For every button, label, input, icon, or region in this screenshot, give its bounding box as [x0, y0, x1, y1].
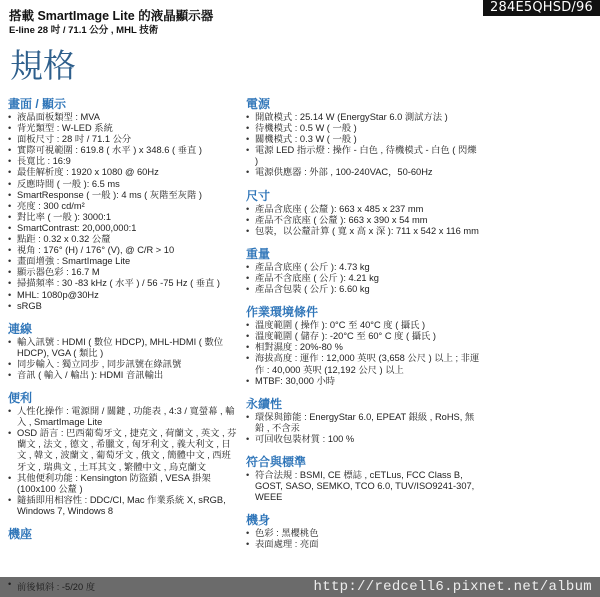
- section-stand: 機座: [8, 527, 240, 541]
- spec-item: 人性化操作 : 電源開 / 關鍵 , 功能表 , 4:3 / 寬螢幕 , 輸入 …: [8, 406, 240, 428]
- spec-item: 溫度範圍 ( 操作 ): 0°C 至 40°C 度 ( 攝氏 ): [246, 320, 482, 331]
- spec-item: 背光類型 : W-LED 系統: [8, 123, 240, 134]
- spec-item: 其他便利功能 : Kensington 防盜鎖 , VESA 掛架 (100x1…: [8, 473, 240, 495]
- spec-item: 環保與節能 : EnergyStar 6.0, EPEAT 銀級 , RoHS,…: [246, 412, 482, 434]
- section-title: 尺寸: [246, 189, 482, 203]
- spec-item: 符合法規 : BSMI, CE 標誌 , cETLus, FCC Class B…: [246, 470, 482, 503]
- spec-item: 反應時間 ( 一般 ): 6.5 ms: [8, 179, 240, 190]
- spec-item: 溫度範圍 ( 儲存 ): -20°C 至 60° C 度 ( 攝氏 ): [246, 331, 482, 342]
- spec-list: 環保與節能 : EnergyStar 6.0, EPEAT 銀級 , RoHS,…: [246, 412, 482, 445]
- spec-item: 亮度 : 300 cd/m²: [8, 201, 240, 212]
- section-compliance: 符合與標準 符合法規 : BSMI, CE 標誌 , cETLus, FCC C…: [246, 455, 482, 503]
- watermark-url: http://redcell6.pixnet.net/album: [314, 579, 592, 595]
- spec-item: 液晶面板類型 : MVA: [8, 112, 240, 123]
- spec-item: 長寬比 : 16:9: [8, 156, 240, 167]
- spec-item: 實際可視範圍 : 619.8 ( 水平 ) x 348.6 ( 垂直 ): [8, 145, 240, 156]
- section-dimensions: 尺寸 產品含底座 ( 公釐 ): 663 x 485 x 237 mm 產品不含…: [246, 189, 482, 237]
- spec-item: 同步輸入 : 獨立同步 , 同步訊號在綠訊號: [8, 359, 240, 370]
- spec-list: 液晶面板類型 : MVA 背光類型 : W-LED 系統 面板尺寸 : 28 吋…: [8, 112, 240, 312]
- spec-item: 面板尺寸 : 28 吋 / 71.1 公分: [8, 134, 240, 145]
- spec-item: sRGB: [8, 301, 240, 312]
- spec-list: 產品含底座 ( 公釐 ): 663 x 485 x 237 mm 產品不含底座 …: [246, 204, 482, 237]
- spec-list: 符合法規 : BSMI, CE 標誌 , cETLus, FCC Class B…: [246, 470, 482, 503]
- spec-item: 隨插即用相容性 : DDC/CI, Mac 作業系統 X, sRGB, Wind…: [8, 495, 240, 517]
- section-convenience: 便利 人性化操作 : 電源開 / 關鍵 , 功能表 , 4:3 / 寬螢幕 , …: [8, 391, 240, 517]
- spec-item: 關機模式 : 0.3 W ( 一般 ): [246, 134, 482, 145]
- spec-item: 產品不含底座 ( 公斤 ): 4.21 kg: [246, 273, 482, 284]
- spec-item: 待機模式 : 0.5 W ( 一般 ): [246, 123, 482, 134]
- spec-item: SmartResponse ( 一般 ): 4 ms ( 灰階至灰階 ): [8, 190, 240, 201]
- section-power: 電源 開啟模式 : 25.14 W (EnergyStar 6.0 測試方法 )…: [246, 97, 482, 179]
- spec-item: 色彩 : 黑櫻桃色: [246, 528, 482, 539]
- spec-item: SmartContrast: 20,000,000:1: [8, 223, 240, 234]
- spec-item: 產品含底座 ( 公釐 ): 663 x 485 x 237 mm: [246, 204, 482, 215]
- right-column: 電源 開啟模式 : 25.14 W (EnergyStar 6.0 測試方法 )…: [246, 97, 482, 560]
- spec-item: 相對濕度 : 20%-80 %: [246, 342, 482, 353]
- spec-list: 色彩 : 黑櫻桃色 表面處理 : 亮面: [246, 528, 482, 550]
- spec-list: 產品含底座 ( 公斤 ): 4.73 kg 產品不含底座 ( 公斤 ): 4.2…: [246, 262, 482, 295]
- section-display: 畫面 / 顯示 液晶面板類型 : MVA 背光類型 : W-LED 系統 面板尺…: [8, 97, 240, 312]
- spec-item: 海拔高度 : 運作 : 12,000 英呎 (3,658 公尺 ) 以上 ; 非…: [246, 353, 482, 375]
- section-title: 連線: [8, 322, 240, 336]
- section-title: 符合與標準: [246, 455, 482, 469]
- spec-item: MHL: 1080p@30Hz: [8, 290, 240, 301]
- left-column: 畫面 / 顯示 液晶面板類型 : MVA 背光類型 : W-LED 系統 面板尺…: [8, 97, 240, 551]
- section-cabinet: 機身 色彩 : 黑櫻桃色 表面處理 : 亮面: [246, 513, 482, 550]
- section-title: 畫面 / 顯示: [8, 97, 240, 111]
- section-title: 作業環境條件: [246, 305, 482, 319]
- spec-item: OSD 語言 : 巴西葡萄牙文 , 捷克文 , 荷蘭文 , 英文 , 芬蘭文 ,…: [8, 428, 240, 472]
- spec-item: 產品含包裝 ( 公斤 ): 6.60 kg: [246, 284, 482, 295]
- section-title: 機身: [246, 513, 482, 527]
- section-title: 機座: [8, 527, 240, 541]
- spec-item: 電源供應器 : 外部 , 100-240VAC，50-60Hz: [246, 167, 482, 178]
- spec-item: 包裝，以公釐計算 ( 寬 x 高 x 深 ): 711 x 542 x 116 …: [246, 226, 482, 237]
- spec-item: 對比率 ( 一般 ): 3000:1: [8, 212, 240, 223]
- spec-item: 輸入訊號 : HDMI ( 數位 HDCP), MHL-HDMI ( 數位 HD…: [8, 337, 240, 359]
- spec-item: 點距 : 0.32 x 0.32 公釐: [8, 234, 240, 245]
- spec-list: 人性化操作 : 電源開 / 關鍵 , 功能表 , 4:3 / 寬螢幕 , 輸入 …: [8, 406, 240, 517]
- spec-item: 產品含底座 ( 公斤 ): 4.73 kg: [246, 262, 482, 273]
- section-title: 重量: [246, 247, 482, 261]
- spec-item: MTBF: 30,000 小時: [246, 376, 482, 387]
- spec-item: 開啟模式 : 25.14 W (EnergyStar 6.0 測試方法 ): [246, 112, 482, 123]
- spec-item-tilt: 前後傾斜 : -5/20 度: [8, 579, 95, 593]
- spec-list: 開啟模式 : 25.14 W (EnergyStar 6.0 測試方法 ) 待機…: [246, 112, 482, 179]
- section-sustainability: 永續性 環保與節能 : EnergyStar 6.0, EPEAT 銀級 , R…: [246, 397, 482, 445]
- product-subtitle: E-line 28 吋 / 71.1 公分 , MHL 技術: [9, 22, 158, 36]
- spec-item: 畫面增強 : SmartImage Lite: [8, 256, 240, 267]
- spec-item: 音訊 ( 輸入 / 輸出 ): HDMI 音訊輸出: [8, 370, 240, 381]
- section-operating-conditions: 作業環境條件 溫度範圍 ( 操作 ): 0°C 至 40°C 度 ( 攝氏 ) …: [246, 305, 482, 387]
- spec-item: 顯示器色彩 : 16.7 M: [8, 267, 240, 278]
- section-weight: 重量 產品含底座 ( 公斤 ): 4.73 kg 產品不含底座 ( 公斤 ): …: [246, 247, 482, 295]
- section-title: 永續性: [246, 397, 482, 411]
- spec-item: 最佳解析度 : 1920 x 1080 @ 60Hz: [8, 167, 240, 178]
- section-connectivity: 連線 輸入訊號 : HDMI ( 數位 HDCP), MHL-HDMI ( 數位…: [8, 322, 240, 381]
- page-title: 規格: [10, 40, 76, 87]
- section-title: 電源: [246, 97, 482, 111]
- model-number-badge: 284E5QHSD/96: [483, 0, 600, 16]
- spec-item: 掃描頻率 : 30 -83 kHz ( 水平 ) / 56 -75 Hz ( 垂…: [8, 278, 240, 289]
- spec-list: 溫度範圍 ( 操作 ): 0°C 至 40°C 度 ( 攝氏 ) 溫度範圍 ( …: [246, 320, 482, 387]
- spec-item: 視角 : 176° (H) / 176° (V), @ C/R > 10: [8, 245, 240, 256]
- spec-item: 電源 LED 指示燈 : 操作 - 白色 , 待機模式 - 白色 ( 閃爍 ): [246, 145, 482, 167]
- spec-list: 輸入訊號 : HDMI ( 數位 HDCP), MHL-HDMI ( 數位 HD…: [8, 337, 240, 381]
- spec-item: 產品不含底座 ( 公釐 ): 663 x 390 x 54 mm: [246, 215, 482, 226]
- section-title: 便利: [8, 391, 240, 405]
- spec-item: 可回收包裝材質 : 100 %: [246, 434, 482, 445]
- spec-item: 表面處理 : 亮面: [246, 539, 482, 550]
